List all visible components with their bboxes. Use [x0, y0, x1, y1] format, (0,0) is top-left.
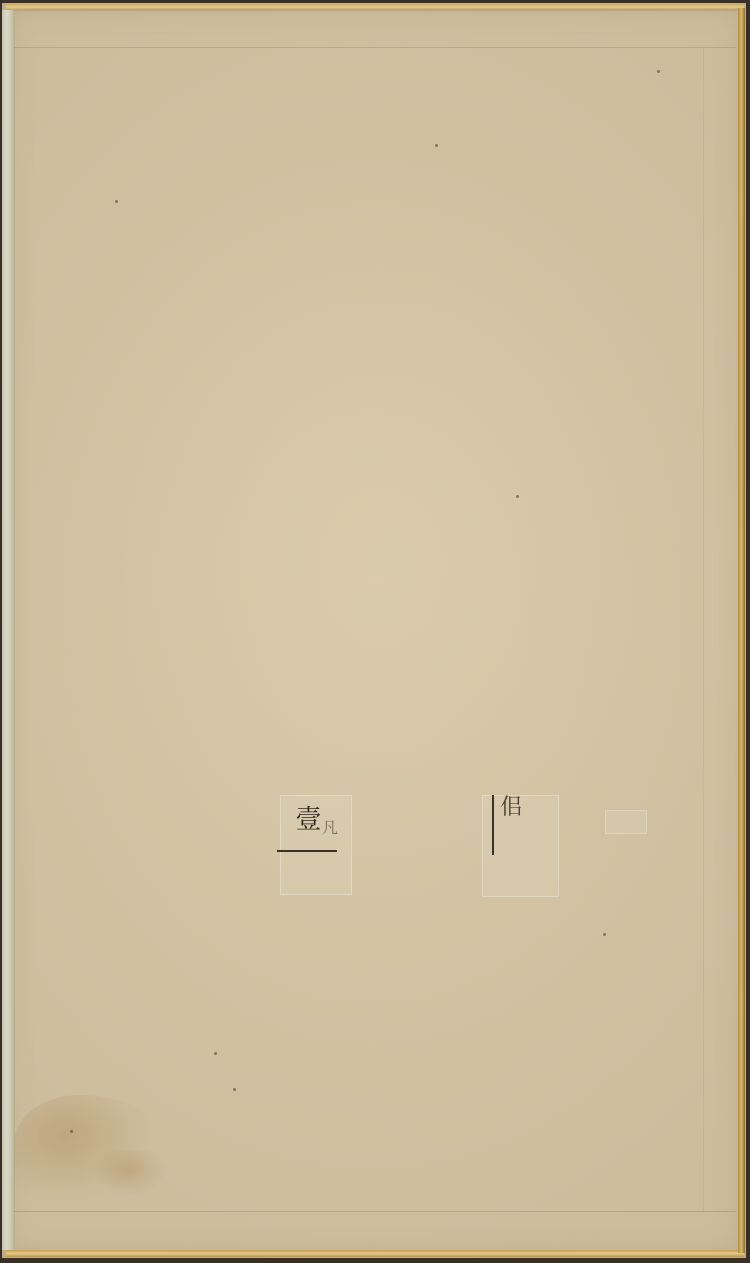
ink-mark-right: 佀	[500, 797, 522, 819]
ink-stroke-horizontal	[277, 850, 337, 852]
speck	[214, 1052, 217, 1055]
speck	[435, 144, 438, 147]
speck	[603, 933, 606, 936]
speck	[657, 70, 660, 73]
top-rule-line	[14, 47, 736, 48]
speck	[115, 200, 118, 203]
speck	[70, 1130, 73, 1133]
inner-frame	[14, 10, 736, 1249]
album-leaf: 壹 凡 佀	[0, 0, 750, 1263]
gold-border-bottom	[6, 1250, 744, 1257]
ink-mark-left: 壹	[293, 805, 319, 829]
gold-border-right	[738, 8, 745, 1253]
ink-stroke-vertical	[492, 795, 494, 855]
seal-impression-faint	[605, 810, 647, 834]
speck	[516, 495, 519, 498]
ink-mark-left-small: 凡	[322, 820, 338, 836]
right-rule-line	[703, 48, 704, 1211]
speck	[233, 1088, 236, 1091]
water-stain-secondary	[90, 1150, 180, 1210]
